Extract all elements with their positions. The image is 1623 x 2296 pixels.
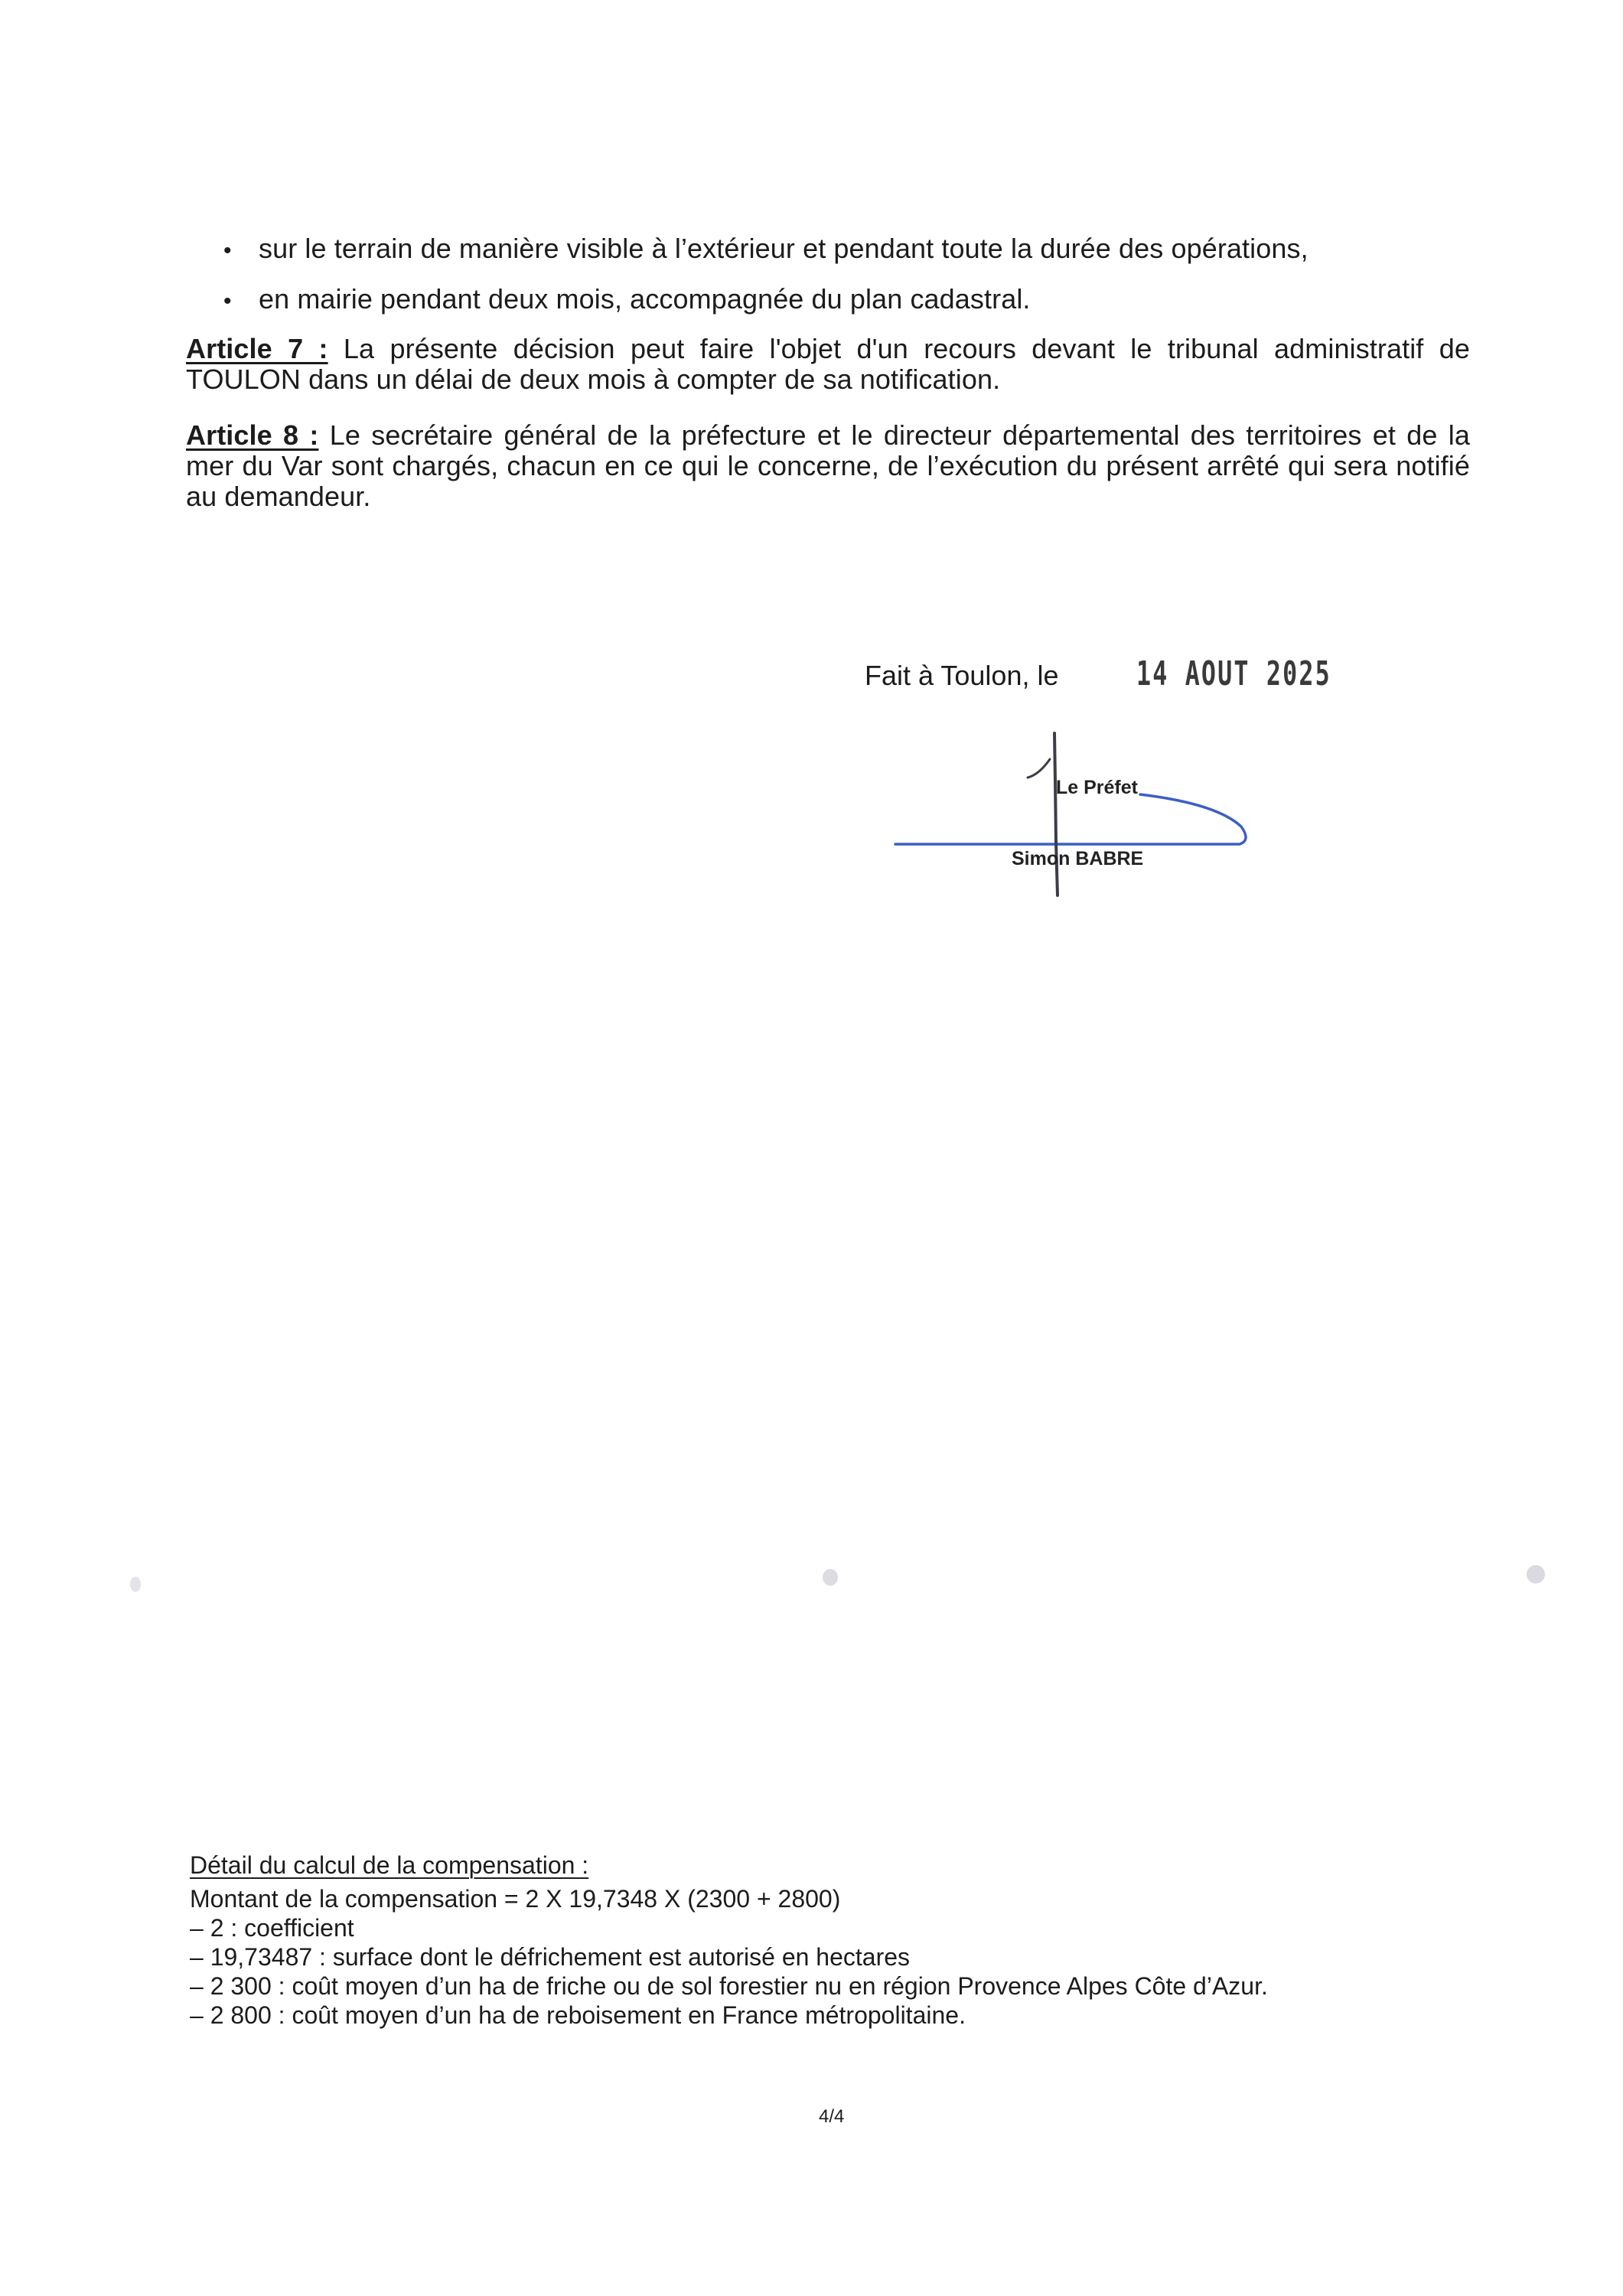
article-8: Article 8 : Le secrétaire général de la … [186,420,1470,512]
compensation-detail: Détail du calcul de la compensation : Mo… [190,1851,1491,2030]
handwritten-signature-icon [880,727,1278,911]
compensation-item: – 19,73487 : surface dont le défrichemen… [190,1942,1491,1971]
article-label: Article 8 : [186,419,318,451]
signatory-title: Le Préfet [1056,777,1138,799]
scan-artifact [130,1577,141,1592]
scan-artifact [1527,1565,1545,1583]
article-7: Article 7 : La présente décision peut fa… [186,334,1470,395]
publication-bullet-list: • sur le terrain de manière visible à l’… [223,233,1524,334]
bullet-icon: • [223,286,259,317]
article-text: La présente décision peut faire l'objet … [186,333,1470,395]
compensation-formula: Montant de la compensation = 2 X 19,7348… [190,1884,1491,1913]
compensation-heading: Détail du calcul de la compensation : [190,1851,1491,1880]
compensation-item: – 2 300 : coût moyen d’un ha de friche o… [190,1971,1491,2001]
page-number: 4/4 [819,2106,844,2128]
compensation-item: – 2 : coefficient [190,1913,1491,1942]
bullet-icon: • [223,236,259,266]
scan-artifact [823,1569,838,1586]
bullet-text: en mairie pendant deux mois, accompagnée… [259,284,1031,315]
date-stamp: 14 AOUT 2025 [1136,654,1331,693]
bullet-item: • en mairie pendant deux mois, accompagn… [223,284,1524,334]
place-line: Fait à Toulon, le [865,660,1059,692]
bullet-text: sur le terrain de manière visible à l’ex… [259,233,1309,264]
compensation-item: – 2 800 : coût moyen d’un ha de reboisem… [190,2001,1491,2030]
signatory-name: Simon BABRE [1012,848,1143,870]
article-text: Le secrétaire général de la préfecture e… [186,419,1470,512]
article-label: Article 7 : [186,333,328,364]
signature-block: Le Préfet Simon BABRE [880,727,1278,911]
bullet-item: • sur le terrain de manière visible à l’… [223,233,1524,284]
